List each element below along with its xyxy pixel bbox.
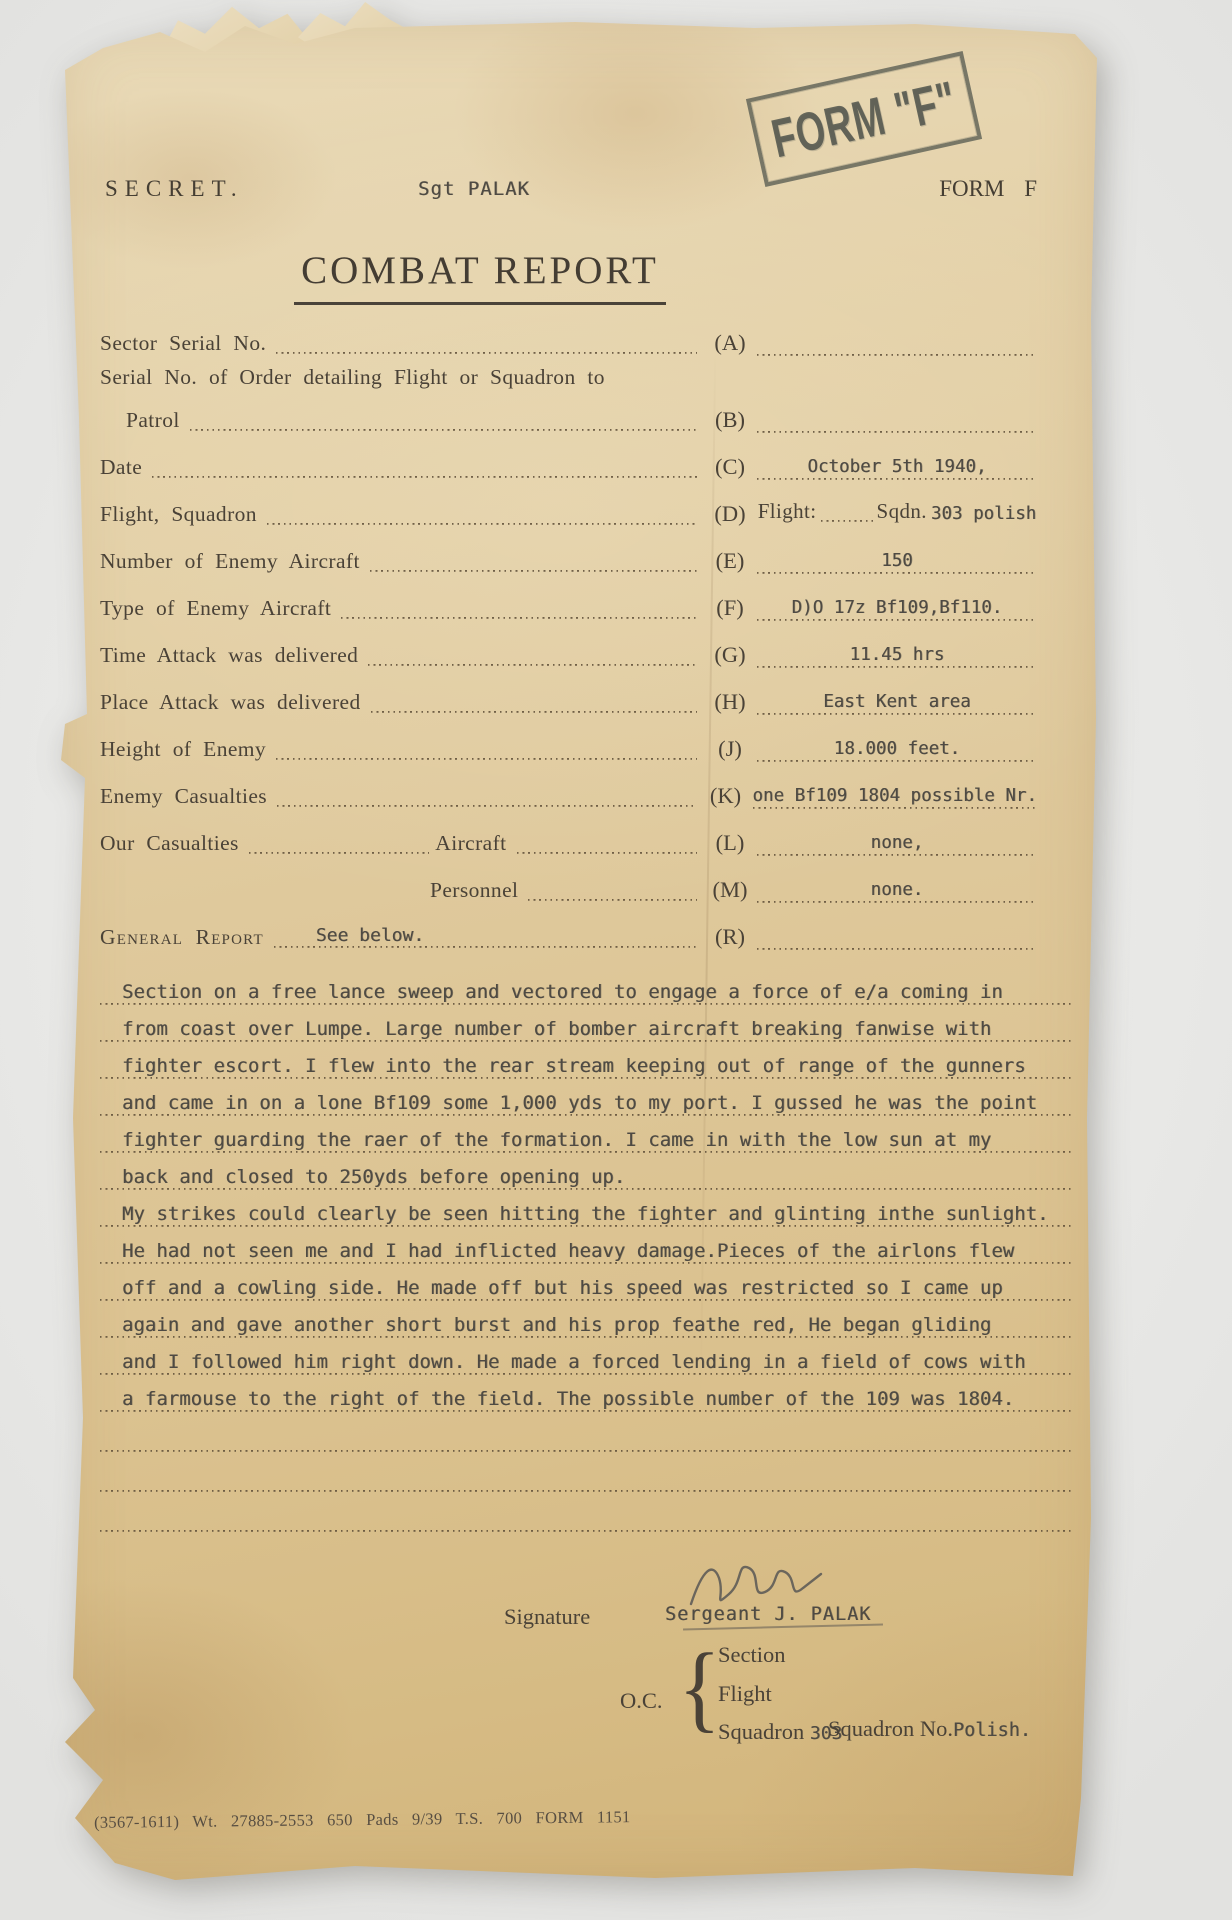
- field-value: [757, 430, 1037, 433]
- sqdn-sub-label: Sqdn.: [877, 499, 927, 524]
- typed-report-text: Section on a free lance sweep and vector…: [122, 981, 1003, 1003]
- photo-backdrop: { "stamp": { "text": "FORM \"F\"" }, "he…: [0, 0, 1232, 1920]
- field-code: (L): [703, 830, 757, 856]
- form-row-m: Personnel(M)none.: [100, 860, 1037, 907]
- dotted-leader: [371, 672, 697, 713]
- field-label: Place Attack was delivered: [100, 690, 361, 715]
- dotted-leader: [277, 766, 692, 807]
- field-code: (H): [703, 689, 757, 715]
- field-value: [757, 947, 1037, 950]
- report-line: He had not seen me and I had inflicted h…: [100, 1227, 1071, 1264]
- field-label: Type of Enemy Aircraft: [100, 596, 331, 621]
- field-value: October 5th 1940,: [757, 457, 1037, 480]
- oc-item: Flight: [718, 1675, 842, 1714]
- typed-report-text: and came in on a lone Bf109 some 1,000 y…: [122, 1092, 1037, 1114]
- form-row-c: Date(C)October 5th 1940,: [100, 437, 1037, 484]
- field-code: (G): [703, 642, 757, 668]
- field-label: Flight, Squadron: [100, 502, 257, 527]
- field-label: Time Attack was delivered: [100, 643, 358, 668]
- typed-report-text: again and gave another short burst and h…: [122, 1314, 991, 1336]
- title-block: COMBAT REPORT: [100, 248, 860, 305]
- oc-item: Squadron 303: [718, 1713, 842, 1754]
- report-line: from coast over Lumpe. Large number of b…: [100, 1005, 1071, 1042]
- field-code: (B): [703, 407, 757, 433]
- typed-value: none.: [871, 880, 924, 900]
- typed-value: 150: [881, 551, 913, 571]
- field-label: Number of Enemy Aircraft: [100, 549, 360, 574]
- field-label: Sector Serial No.: [100, 331, 266, 356]
- typed-value: none,: [871, 833, 924, 853]
- typed-value: East Kent area: [823, 692, 971, 712]
- typed-value: October 5th 1940,: [807, 457, 986, 477]
- dotted-leader: [821, 499, 873, 522]
- report-line: off and a cowling side. He made off but …: [100, 1264, 1071, 1301]
- typed-value: D)O 17z Bf109,Bf110.: [792, 598, 1003, 618]
- typed-value: 11.45 hrs: [850, 645, 945, 665]
- signature-block: Signature Sergeant J. PALAK O.C. { Secti…: [100, 1538, 1037, 1798]
- typed-report-text: fighter guarding the raer of the formati…: [122, 1129, 991, 1151]
- field-code: (D): [703, 501, 757, 527]
- report-line: again and gave another short burst and h…: [100, 1301, 1071, 1338]
- oc-brace: {: [678, 1622, 720, 1754]
- dotted-leader: [370, 531, 697, 572]
- squadron-no-line: Squadron No.Polish.: [828, 1716, 1031, 1742]
- field-label-2: Patrol: [100, 408, 180, 433]
- form-row-l: Our CasualtiesAircraft(L)none,: [100, 813, 1037, 860]
- field-code: (E): [703, 548, 757, 574]
- empty-ruled-line: [100, 1492, 1071, 1532]
- empty-ruled-line: [100, 1452, 1071, 1492]
- oc-item: Section: [718, 1636, 842, 1675]
- print-code-footer: (3567-1611) Wt. 27885-2553 650 Pads 9/39…: [94, 1807, 631, 1833]
- report-line: back and closed to 250yds before opening…: [100, 1153, 1071, 1190]
- paper-document: FORM "F" SECRET. Sgt PALAK FORM F COMBAT…: [55, 18, 1100, 1885]
- squadron-no-value: Polish.: [953, 1720, 1031, 1741]
- dotted-leader: [249, 813, 429, 854]
- flight-sub-label: Flight:: [758, 499, 817, 524]
- field-code: (F): [703, 595, 757, 621]
- field-label: Height of Enemy: [100, 737, 266, 762]
- title-underline: [294, 302, 666, 305]
- form-row-b: Serial No. of Order detailing Flight or …: [100, 360, 1037, 437]
- field-code: (C): [703, 454, 757, 480]
- typed-report-text: My strikes could clearly be seen hitting…: [122, 1203, 1049, 1225]
- form-row-e: Number of Enemy Aircraft(E)150: [100, 531, 1037, 578]
- combat-report-form: FORM "F" SECRET. Sgt PALAK FORM F COMBAT…: [55, 18, 1100, 1885]
- typed-report-text: back and closed to 250yds before opening…: [122, 1166, 625, 1188]
- typed-report-text: from coast over Lumpe. Large number of b…: [122, 1018, 991, 1040]
- dotted-leader: [528, 860, 697, 901]
- signature-label: Signature: [504, 1604, 590, 1630]
- field-label: General Report: [100, 925, 264, 950]
- dotted-leader: [368, 625, 697, 666]
- field-code: (J): [703, 736, 757, 762]
- report-line: fighter guarding the raer of the formati…: [100, 1116, 1071, 1153]
- typed-report-text: He had not seen me and I had inflicted h…: [122, 1240, 1014, 1262]
- field-value: one Bf109 1804 possible Nr.: [753, 786, 1037, 809]
- dotted-leader: [152, 437, 697, 478]
- field-label: Our Casualties: [100, 831, 239, 856]
- form-row-h: Place Attack was delivered(H)East Kent a…: [100, 672, 1037, 719]
- form-row-k: Enemy Casualties(K)one Bf109 1804 possib…: [100, 766, 1037, 813]
- oc-item-label: Section: [718, 1642, 786, 1667]
- field-value: none,: [757, 833, 1037, 856]
- typed-value: 18.000 feet.: [834, 739, 960, 759]
- field-value: 18.000 feet.: [757, 739, 1037, 762]
- field-value: none.: [757, 880, 1037, 903]
- dotted-leader: [190, 390, 697, 431]
- field-code: (A): [703, 330, 757, 356]
- dotted-leader: See below.: [274, 907, 697, 948]
- typed-report-text: fighter escort. I flew into the rear str…: [122, 1055, 1026, 1077]
- field-code: (K): [699, 783, 753, 809]
- field-value: [757, 353, 1037, 356]
- dotted-leader: [341, 578, 697, 619]
- field-value: Flight:Sqdn. 303 polish: [757, 499, 1037, 527]
- field-label: Serial No. of Order detailing Flight or …: [100, 365, 605, 390]
- page-title: COMBAT REPORT: [100, 248, 860, 293]
- form-row-d: Flight, Squadron(D) Flight:Sqdn. 303 pol…: [100, 484, 1037, 531]
- form-fields: Sector Serial No.(A) Serial No. of Order…: [100, 313, 1037, 954]
- form-header: SECRET. Sgt PALAK FORM F: [100, 176, 1037, 210]
- report-line: Section on a free lance sweep and vector…: [100, 968, 1071, 1005]
- field-value: 150: [757, 551, 1037, 574]
- field-code: (M): [703, 877, 757, 903]
- empty-ruled-line: [100, 1412, 1071, 1452]
- form-row-j: Height of Enemy(J)18.000 feet.: [100, 719, 1037, 766]
- form-reference: FORM F: [939, 176, 1037, 202]
- field-value: East Kent area: [757, 692, 1037, 715]
- sub-label: Aircraft: [435, 831, 506, 856]
- form-row-g: Time Attack was delivered(G)11.45 hrs: [100, 625, 1037, 672]
- form-row-r: General ReportSee below.(R): [100, 907, 1037, 954]
- field-label: Enemy Casualties: [100, 784, 267, 809]
- typed-on-line: See below.: [316, 925, 424, 946]
- report-line: fighter escort. I flew into the rear str…: [100, 1042, 1071, 1079]
- form-row-a: Sector Serial No.(A): [100, 313, 1037, 360]
- field-value: 11.45 hrs: [757, 645, 1037, 668]
- oc-item-label: Squadron: [718, 1719, 804, 1744]
- field-label: Date: [100, 455, 142, 480]
- typed-value: one Bf109 1804 possible Nr.: [753, 786, 1037, 806]
- oc-item-label: Flight: [718, 1681, 772, 1706]
- typed-report-text: and I followed him right down. He made a…: [122, 1351, 1026, 1373]
- field-code: (R): [703, 924, 757, 950]
- form-row-f: Type of Enemy Aircraft(F)D)O 17z Bf109,B…: [100, 578, 1037, 625]
- report-line: and came in on a lone Bf109 some 1,000 y…: [100, 1079, 1071, 1116]
- typed-value: 303 polish: [931, 504, 1036, 524]
- typed-pilot-name: Sgt PALAK: [418, 178, 530, 200]
- squadron-no-label: Squadron No.: [828, 1716, 953, 1741]
- oc-items: SectionFlightSquadron 303: [718, 1636, 842, 1754]
- report-line: and I followed him right down. He made a…: [100, 1338, 1071, 1375]
- sub-label: Personnel: [430, 878, 518, 903]
- dotted-leader: [517, 813, 697, 854]
- typed-report-text: off and a cowling side. He made off but …: [122, 1277, 1003, 1299]
- secret-classification: SECRET.: [105, 176, 244, 202]
- typed-report-text: a farmouse to the right of the field. Th…: [122, 1388, 1014, 1410]
- dotted-leader: [276, 719, 697, 760]
- dotted-leader: [276, 313, 697, 354]
- dotted-leader: [267, 484, 697, 525]
- field-value: D)O 17z Bf109,Bf110.: [757, 598, 1037, 621]
- general-report-text: Section on a free lance sweep and vector…: [100, 968, 1071, 1532]
- oc-label: O.C.: [620, 1688, 663, 1714]
- report-line: a farmouse to the right of the field. Th…: [100, 1375, 1071, 1412]
- report-line: My strikes could clearly be seen hitting…: [100, 1190, 1071, 1227]
